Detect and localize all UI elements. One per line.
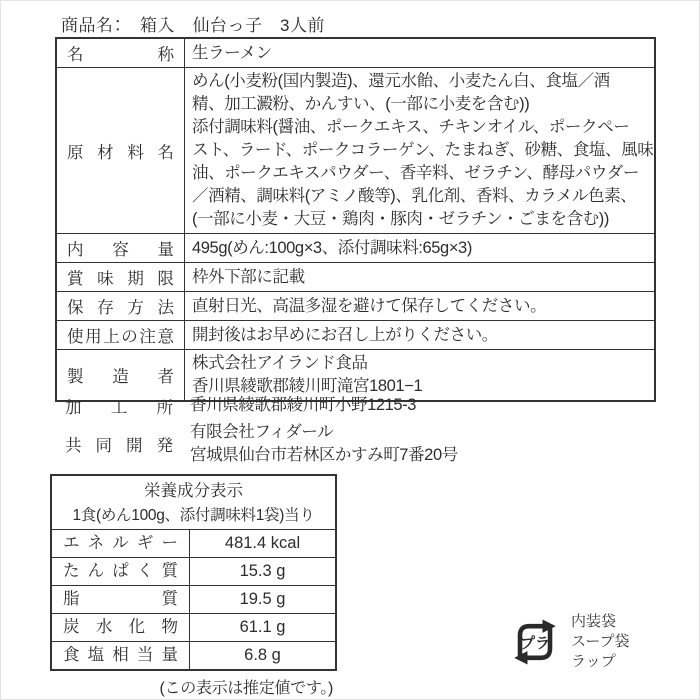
- nutrition-row-protein: たんぱく質 15.3 g: [52, 557, 335, 585]
- spec-label: 使用上の注意: [57, 321, 185, 349]
- nutrient-value: 15.3 g: [190, 558, 335, 585]
- spec-row-best-before: 賞味期限 枠外下部に記載: [57, 262, 654, 291]
- ingredients-line: スト、ラード、ポークコラーゲン、たまねぎ、砂糖、食塩、風味: [192, 139, 647, 162]
- info-label: 共同開発: [65, 432, 173, 456]
- nutrient-value: 481.4 kcal: [190, 530, 335, 557]
- info-label: 加工所: [65, 394, 173, 418]
- ingredients-line: ／酒精、調味料(アミノ酸等)、乳化剤、香料、カラメル色素、: [192, 185, 647, 208]
- recycle-item: ラップ: [571, 652, 630, 672]
- nutrition-block: 栄養成分表示 1食(めん100g、添付調味料1袋)当り エネルギー 481.4 …: [50, 474, 337, 698]
- spec-label: 原材料名: [57, 68, 185, 233]
- ingredients-line: めん(小麦粉(国内製造)、還元水飴、小麦たん白、食塩／酒: [192, 70, 647, 93]
- nutrition-row-energy: エネルギー 481.4 kcal: [52, 530, 335, 557]
- spec-label: 内容量: [57, 234, 185, 262]
- recycle-item: スープ袋: [571, 632, 630, 652]
- nutrient-label: たんぱく質: [63, 558, 178, 585]
- nutrient-label: 炭水化物: [63, 614, 178, 641]
- info-row-processing-plant: 加工所 香川県綾歌郡綾川町小野1215-3: [55, 394, 656, 418]
- manufacturer-name: 株式会社アイランド食品: [192, 352, 647, 375]
- plastic-recycling-icon: プラ: [510, 617, 560, 667]
- info-value: 香川県綾歌郡綾川町小野1215-3: [190, 394, 649, 417]
- spec-label: 保存方法: [57, 292, 185, 320]
- extra-info: 加工所 香川県綾歌郡綾川町小野1215-3 共同開発 有限会社フィダール 宮城県…: [55, 394, 656, 470]
- spec-row-storage: 保存方法 直射日光、高温多湿を避けて保存してください。: [57, 291, 654, 320]
- ingredients-line: 油、ポークエキスパウダー、香辛料、ゼラチン、酵母パウダー: [192, 162, 647, 185]
- nutrient-label: 脂質: [63, 586, 178, 613]
- nutrient-value: 61.1 g: [190, 614, 335, 641]
- nutrition-footnote: (この表示は推定値です。): [50, 675, 337, 698]
- spec-value: 495g(めん:100g×3、添付調味料:65g×3): [192, 237, 647, 260]
- nutrition-row-salt: 食塩相当量 6.8 g: [52, 641, 335, 669]
- spec-value: 開封後はお早めにお召し上がりください。: [192, 324, 647, 347]
- spec-table: 名称 生ラーメン 原材料名 めん(小麦粉(国内製造)、還元水飴、小麦たん白、食塩…: [55, 37, 656, 402]
- nutrient-value: 19.5 g: [190, 586, 335, 613]
- spec-value: 直射日光、高温多湿を避けて保存してください。: [192, 295, 647, 318]
- recycle-info: プラ 内装袋 スープ袋 ラップ: [510, 612, 630, 672]
- info-value: 宮城県仙台市若林区かすみ町7番20号: [190, 444, 649, 467]
- recycle-items: 内装袋 スープ袋 ラップ: [571, 612, 630, 672]
- spec-label: 名称: [57, 39, 185, 67]
- ingredients-line: (一部に小麦・大豆・鶏肉・豚肉・ゼラチン・ごまを含む)): [192, 208, 647, 231]
- spec-row-caution: 使用上の注意 開封後はお早めにお召し上がりください。: [57, 320, 654, 349]
- nutrition-title: 栄養成分表示: [52, 476, 335, 504]
- recycle-item: 内装袋: [571, 612, 630, 632]
- spec-row-ingredients: 原材料名 めん(小麦粉(国内製造)、還元水飴、小麦たん白、食塩／酒 精、加工澱粉…: [57, 67, 654, 233]
- info-value: 有限会社フィダール: [190, 421, 649, 444]
- spec-value: 枠外下部に記載: [192, 266, 647, 289]
- spec-row-contents: 内容量 495g(めん:100g×3、添付調味料:65g×3): [57, 233, 654, 262]
- product-label-page: 商品名： 箱入 仙台っ子 3人前 名称 生ラーメン 原材料名 めん(小麦粉(国内…: [0, 0, 700, 700]
- product-title: 商品名： 箱入 仙台っ子 3人前: [61, 11, 325, 36]
- svg-text:プラ: プラ: [520, 635, 550, 652]
- nutrition-row-carbohydrate: 炭水化物 61.1 g: [52, 613, 335, 641]
- info-row-joint-development: 共同開発 有限会社フィダール 宮城県仙台市若林区かすみ町7番20号: [55, 421, 656, 467]
- spec-label: 賞味期限: [57, 263, 185, 291]
- spec-value: 生ラーメン: [192, 42, 647, 65]
- nutrition-subtitle: 1食(めん100g、添付調味料1袋)当り: [52, 504, 335, 530]
- spec-row-manufacturer: 製造者 株式会社アイランド食品 香川県綾歌郡綾川町滝宮1801−1: [57, 349, 654, 400]
- spec-label: 製造者: [57, 350, 185, 400]
- nutrition-row-fat: 脂質 19.5 g: [52, 585, 335, 613]
- nutrient-label: エネルギー: [63, 530, 178, 557]
- nutrition-table: 栄養成分表示 1食(めん100g、添付調味料1袋)当り エネルギー 481.4 …: [50, 474, 337, 671]
- spec-row-name: 名称 生ラーメン: [57, 39, 654, 67]
- ingredients-line: 精、加工澱粉、かんすい、(一部に小麦を含む)): [192, 93, 647, 116]
- nutrient-value: 6.8 g: [190, 642, 335, 669]
- ingredients-line: 添付調味料(醤油、ポークエキス、チキンオイル、ポークペー: [192, 116, 647, 139]
- nutrient-label: 食塩相当量: [63, 642, 178, 669]
